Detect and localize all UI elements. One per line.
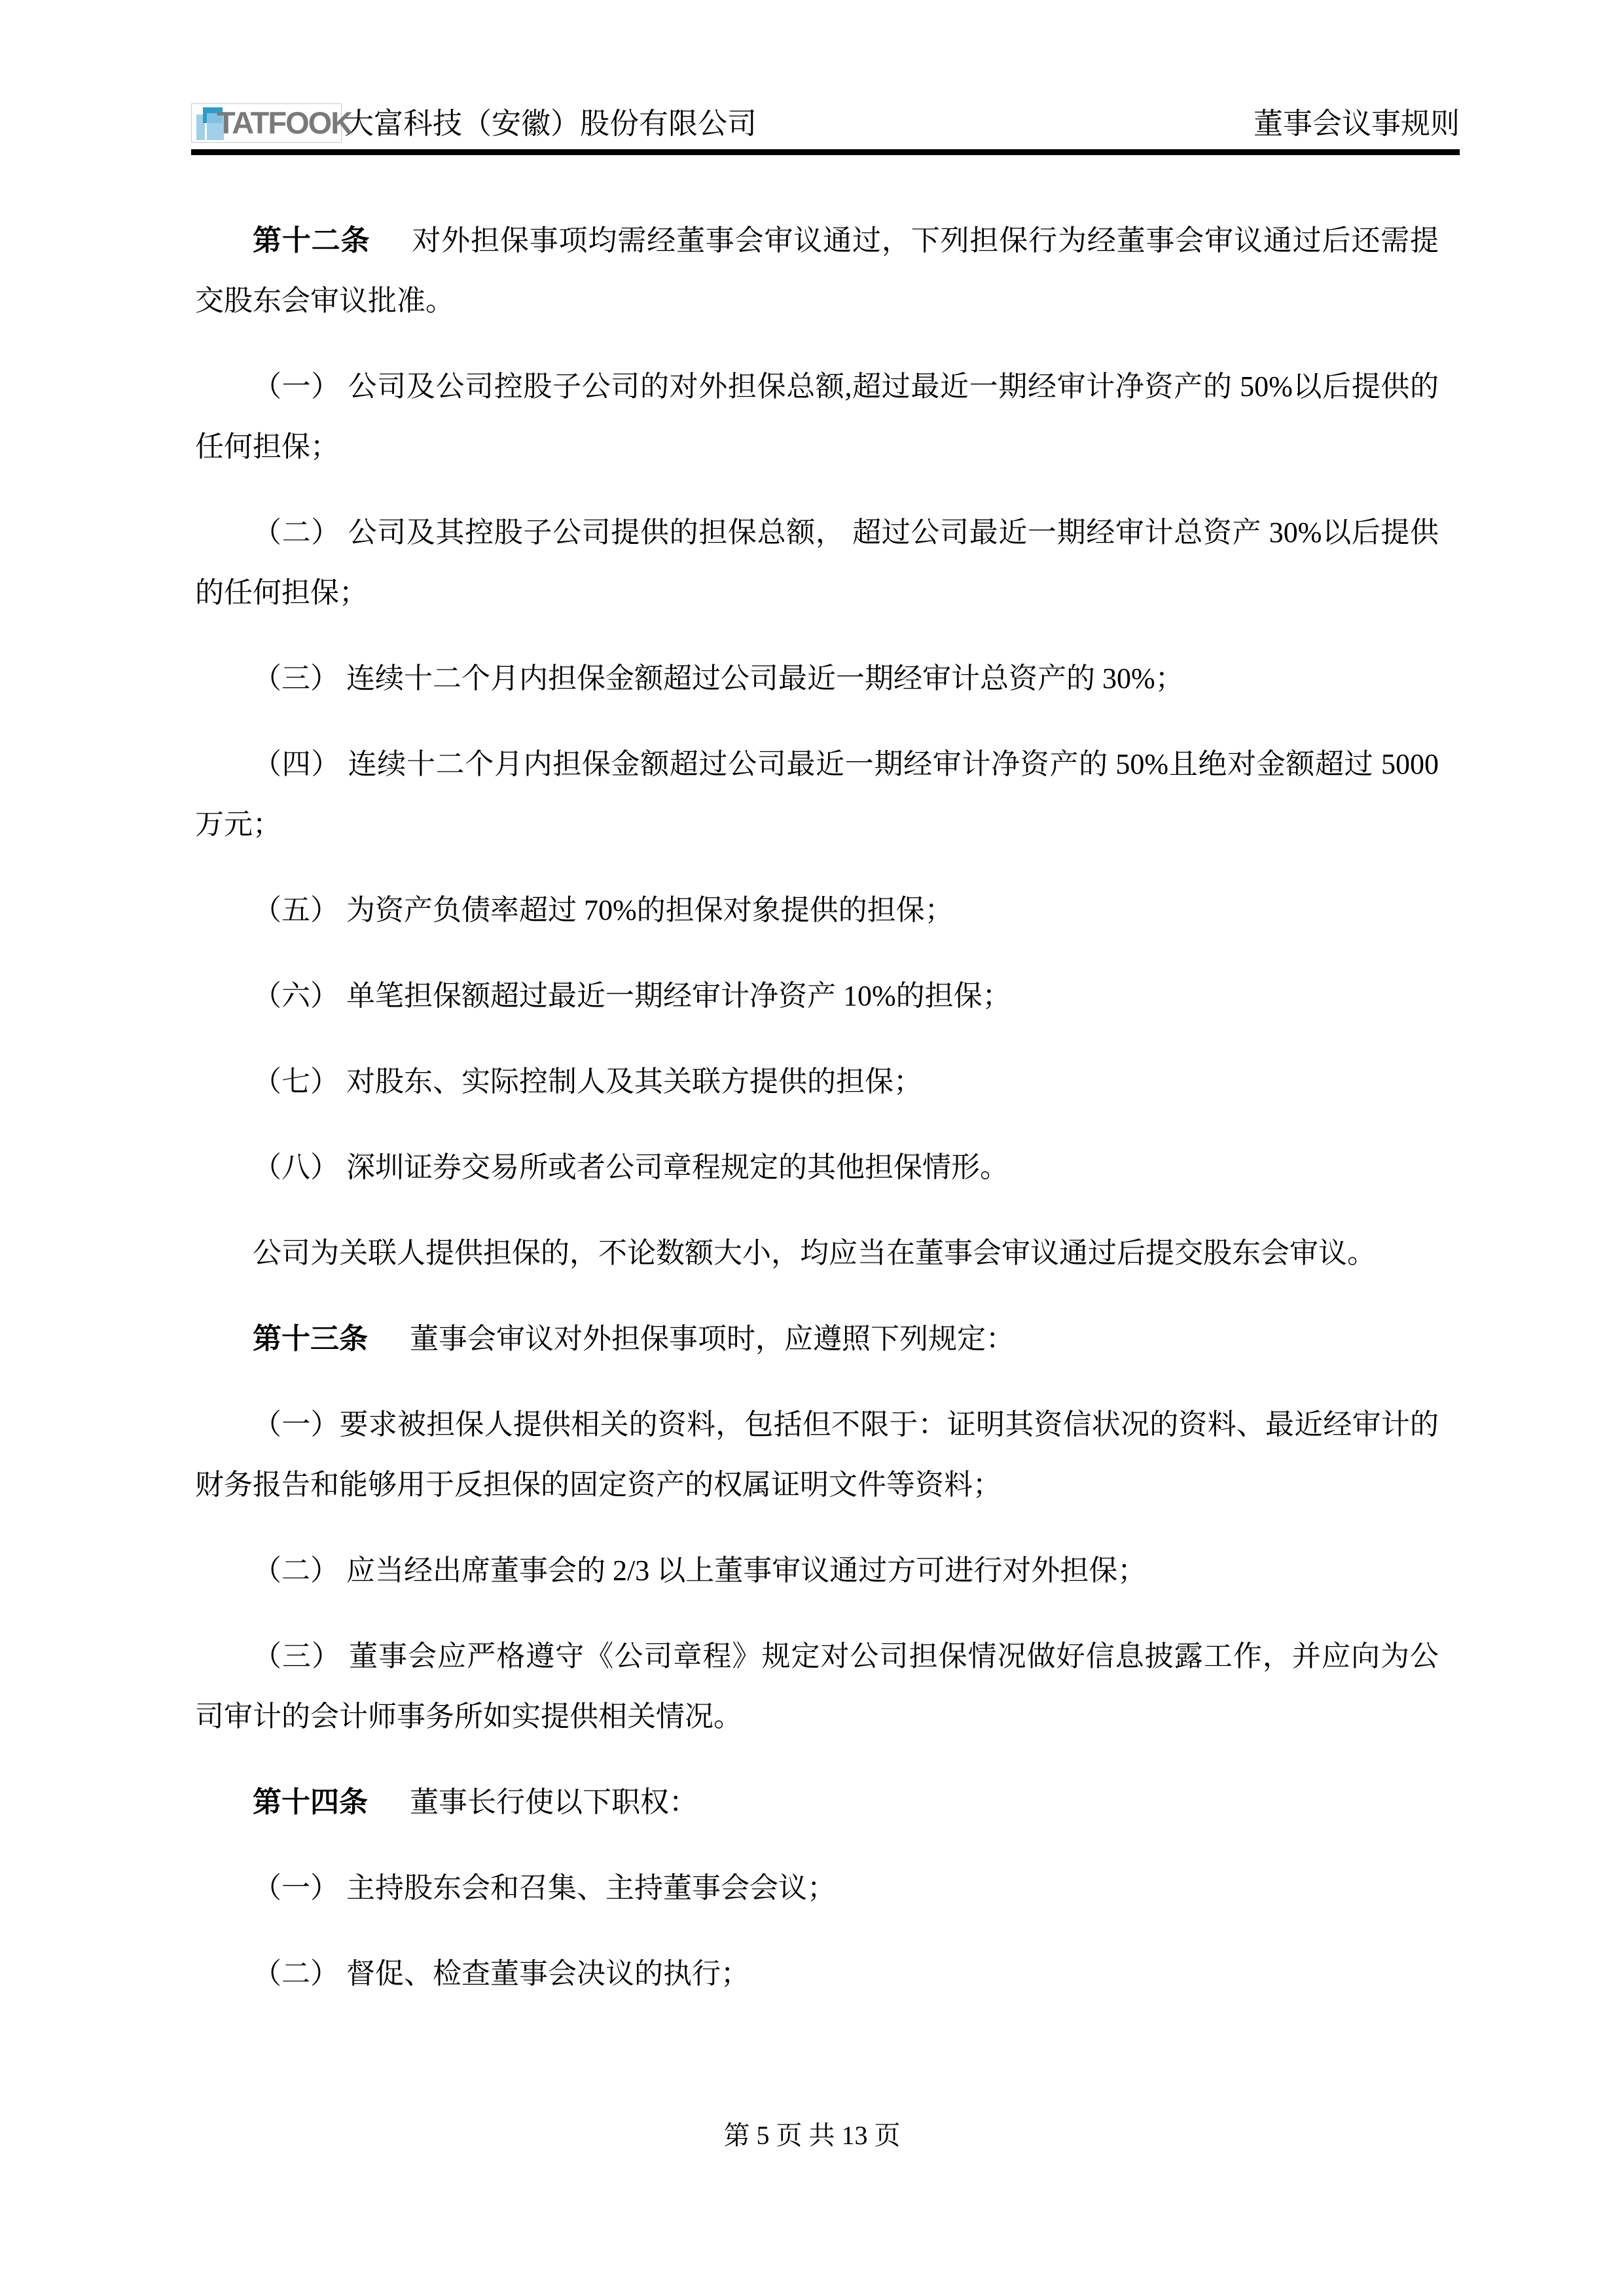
paragraph-article-13: 第十三条董事会审议对外担保事项时，应遵照下列规定：	[195, 1309, 1439, 1369]
logo-wordmark: TATFOOK	[217, 105, 352, 141]
paragraph-item: （一） 主持股东会和召集、主持董事会会议；	[195, 1858, 1439, 1918]
paragraph-item: （七） 对股东、实际控制人及其关联方提供的担保；	[195, 1052, 1439, 1112]
paragraph-text: （七） 对股东、实际控制人及其关联方提供的担保；	[253, 1066, 922, 1098]
paragraph-text: （二） 应当经出席董事会的 2/3 以上董事审议通过方可进行对外担保；	[253, 1554, 1146, 1587]
paragraph-text: （一） 公司及公司控股子公司的对外担保总额,超过最近一期经审计净资产的 50%以…	[195, 370, 1439, 463]
paragraph-text: （六） 单笔担保额超过最近一期经审计净资产 10%的担保；	[253, 980, 1011, 1012]
paragraph-item: （五） 为资产负债率超过 70%的担保对象提供的担保；	[195, 880, 1439, 941]
article-label: 第十三条	[253, 1323, 368, 1355]
document-page: TATFOOK 大富科技（安徽）股份有限公司 董事会议事规则 第十二条对外担保事…	[0, 0, 1624, 2296]
page-header: TATFOOK 大富科技（安徽）股份有限公司 董事会议事规则	[191, 103, 1460, 155]
paragraph-text: （二） 公司及其控股子公司提供的担保总额， 超过公司最近一期经审计总资产 30%…	[195, 516, 1439, 609]
paragraph-item: （三） 董事会应严格遵守《公司章程》规定对公司担保情况做好信息披露工作，并应向为…	[195, 1626, 1439, 1747]
footer-page-number: 第 5 页 共 13 页	[724, 2121, 901, 2150]
paragraph-text: 董事会审议对外担保事项时，应遵照下列规定：	[410, 1323, 1015, 1355]
page-footer: 第 5 页 共 13 页	[0, 2119, 1624, 2152]
paragraph-text: （一）要求被担保人提供相关的资料，包括但不限于：证明其资信状况的资料、最近经审计…	[195, 1408, 1439, 1501]
document-body: 第十二条对外担保事项均需经董事会审议通过，下列担保行为经董事会审议通过后还需提交…	[195, 211, 1439, 2030]
paragraph-item: （二） 应当经出席董事会的 2/3 以上董事审议通过方可进行对外担保；	[195, 1541, 1439, 1601]
tatfook-logo: TATFOOK	[191, 103, 342, 143]
paragraph-text: 对外担保事项均需经董事会审议通过，下列担保行为经董事会审议通过后还需提交股东会审…	[195, 224, 1439, 317]
paragraph-article-12: 第十二条对外担保事项均需经董事会审议通过，下列担保行为经董事会审议通过后还需提交…	[195, 211, 1439, 331]
header-left: TATFOOK 大富科技（安徽）股份有限公司	[191, 103, 757, 143]
paragraph-text: （三） 连续十二个月内担保金额超过公司最近一期经审计总资产的 30%；	[253, 662, 1184, 694]
paragraph-item: （六） 单笔担保额超过最近一期经审计净资产 10%的担保；	[195, 966, 1439, 1026]
paragraph-item: （三） 连续十二个月内担保金额超过公司最近一期经审计总资产的 30%；	[195, 649, 1439, 709]
paragraph-text: 董事长行使以下职权：	[410, 1786, 698, 1818]
paragraph-text: （四） 连续十二个月内担保金额超过公司最近一期经审计净资产的 50%且绝对金额超…	[195, 748, 1439, 840]
paragraph-plain: 公司为关联人提供担保的，不论数额大小，均应当在董事会审议通过后提交股东会审议。	[195, 1223, 1439, 1283]
paragraph-text: （五） 为资产负债率超过 70%的担保对象提供的担保；	[253, 894, 954, 926]
article-label: 第十四条	[253, 1786, 368, 1818]
paragraph-text: （三） 董事会应严格遵守《公司章程》规定对公司担保情况做好信息披露工作，并应向为…	[195, 1640, 1439, 1732]
paragraph-text: （八） 深圳证券交易所或者公司章程规定的其他担保情形。	[253, 1151, 1009, 1183]
company-name: 大富科技（安徽）股份有限公司	[344, 105, 757, 143]
paragraph-item: （四） 连续十二个月内担保金额超过公司最近一期经审计净资产的 50%且绝对金额超…	[195, 734, 1439, 855]
paragraph-item: （二） 督促、检查董事会决议的执行；	[195, 1944, 1439, 2004]
doc-title: 董事会议事规则	[1254, 105, 1460, 143]
paragraph-text: 公司为关联人提供担保的，不论数额大小，均应当在董事会审议通过后提交股东会审议。	[253, 1237, 1376, 1269]
article-label: 第十二条	[253, 224, 370, 257]
paragraph-item: （二） 公司及其控股子公司提供的担保总额， 超过公司最近一期经审计总资产 30%…	[195, 503, 1439, 623]
paragraph-text: （二） 督促、检查董事会决议的执行；	[253, 1958, 749, 1990]
paragraph-item: （一） 公司及公司控股子公司的对外担保总额,超过最近一期经审计净资产的 50%以…	[195, 357, 1439, 477]
paragraph-item: （八） 深圳证券交易所或者公司章程规定的其他担保情形。	[195, 1138, 1439, 1198]
paragraph-text: （一） 主持股东会和召集、主持董事会会议；	[253, 1872, 836, 1904]
paragraph-article-14: 第十四条董事长行使以下职权：	[195, 1772, 1439, 1833]
paragraph-item: （一）要求被担保人提供相关的资料，包括但不限于：证明其资信状况的资料、最近经审计…	[195, 1395, 1439, 1515]
